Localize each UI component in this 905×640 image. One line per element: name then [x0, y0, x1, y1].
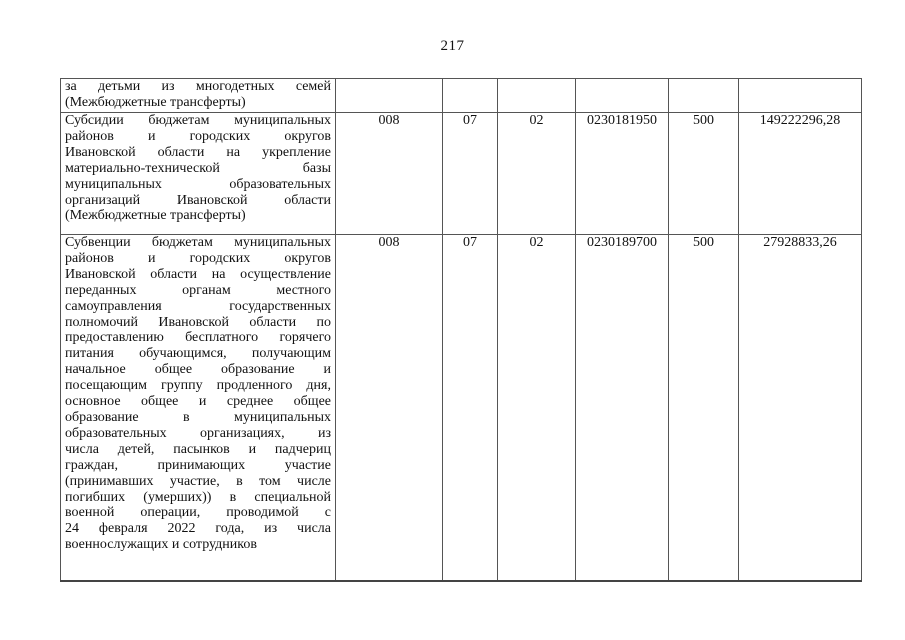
subsection-code-cell: 02 [498, 113, 576, 235]
expense-type-cell [669, 79, 739, 113]
description-line: 24 февраля 2022 года, из числа [65, 521, 331, 537]
description-line: (принимавших участие, в том числе [65, 474, 331, 490]
table-row: за детьми из многодетных семей(Межбюджет… [61, 79, 862, 113]
description-line: числа детей, пасынков и падчериц [65, 442, 331, 458]
description-line: военнослужащих и сотрудников [65, 537, 331, 553]
description-cell: Субвенции бюджетам муниципальныхрайонов … [61, 235, 336, 582]
page-number: 217 [0, 38, 905, 55]
description-line: полномочий Ивановской области по [65, 315, 331, 331]
description-line: погибших (умерших)) в специальной [65, 490, 331, 506]
description-line: Субсидии бюджетам муниципальных [65, 113, 331, 129]
description-line: питания обучающимся, получающим [65, 346, 331, 362]
target-article-cell [576, 79, 669, 113]
description-line: военной операции, проводимой с [65, 505, 331, 521]
description-line: основное общее и среднее общее [65, 394, 331, 410]
description-cell: Субсидии бюджетам муниципальныхрайонов и… [61, 113, 336, 235]
description-line: (Межбюджетные трансферты) [65, 95, 331, 111]
description-line: Ивановской области на укрепление [65, 145, 331, 161]
expense-type-cell: 500 [669, 235, 739, 582]
description-line: предоставлению бесплатного горячего [65, 330, 331, 346]
amount-cell: 27928833,26 [739, 235, 862, 582]
table-row: Субвенции бюджетам муниципальныхрайонов … [61, 235, 862, 582]
description-cell: за детьми из многодетных семей(Межбюджет… [61, 79, 336, 113]
description-line: переданных органам местного [65, 283, 331, 299]
amount-cell [739, 79, 862, 113]
amount-cell: 149222296,28 [739, 113, 862, 235]
ministry-code-cell [336, 79, 443, 113]
description-line: организаций Ивановской области [65, 193, 331, 209]
description-line: муниципальных образовательных [65, 177, 331, 193]
description-line: (Межбюджетные трансферты) [65, 208, 331, 224]
description-line: образование в муниципальных [65, 410, 331, 426]
description-line: граждан, принимающих участие [65, 458, 331, 474]
target-article-cell: 0230181950 [576, 113, 669, 235]
description-line: Ивановской области на осуществление [65, 267, 331, 283]
description-line: начальное общее образование и [65, 362, 331, 378]
subsection-code-cell: 02 [498, 235, 576, 582]
section-code-cell: 07 [443, 113, 498, 235]
budget-table: за детьми из многодетных семей(Межбюджет… [60, 78, 862, 582]
description-line: районов и городских округов [65, 251, 331, 267]
section-code-cell [443, 79, 498, 113]
table-row: Субсидии бюджетам муниципальныхрайонов и… [61, 113, 862, 235]
description-line: Субвенции бюджетам муниципальных [65, 235, 331, 251]
description-line: посещающим группу продленного дня, [65, 378, 331, 394]
ministry-code-cell: 008 [336, 235, 443, 582]
description-line: самоуправления государственных [65, 299, 331, 315]
description-line: районов и городских округов [65, 129, 331, 145]
subsection-code-cell [498, 79, 576, 113]
section-code-cell: 07 [443, 235, 498, 582]
target-article-cell: 0230189700 [576, 235, 669, 582]
description-line: образовательных организациях, из [65, 426, 331, 442]
expense-type-cell: 500 [669, 113, 739, 235]
ministry-code-cell: 008 [336, 113, 443, 235]
description-line: за детьми из многодетных семей [65, 79, 331, 95]
description-line: материально-технической базы [65, 161, 331, 177]
